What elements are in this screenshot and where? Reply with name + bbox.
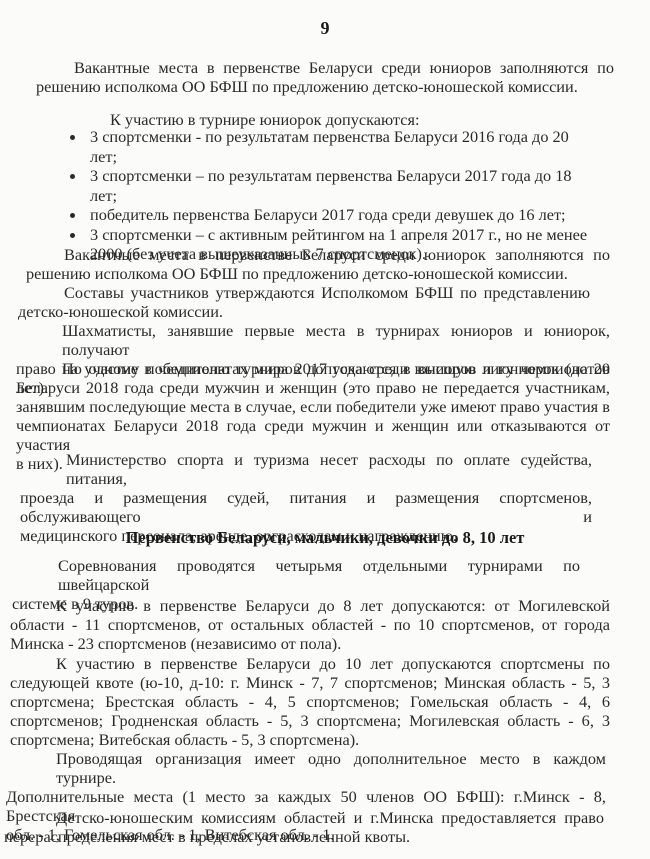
list-item: победитель первенства Беларуси 2017 года… [56, 205, 590, 225]
paragraph-juniors-vacant: Вакантные места в первенстве Беларуси ср… [36, 58, 614, 96]
section-title: Первенство Беларуси, мальчики, девочки д… [0, 528, 650, 548]
list-item: 3 спортсменки - по результатам первенств… [56, 127, 590, 166]
text-line: области - 11 спортсменов, от остальных о… [10, 615, 610, 634]
paragraph-under-10: К участию в первенстве Беларуси до 10 ле… [10, 654, 610, 749]
text-line: Шахматисты, занявшие первые места в турн… [16, 321, 610, 359]
text-line: Проводящая организация имеет одно дополн… [6, 749, 606, 787]
text-line: Соревнования проводятся четырьмя отдельн… [12, 556, 580, 594]
text-line: Детско-юношеским комиссиям областей и г.… [4, 808, 604, 827]
paragraph-under-8: К участию в первенстве Беларуси до 8 лет… [10, 596, 610, 653]
text-line: спортсмена; Брестская область - 4, 5 спо… [10, 692, 610, 711]
text-line: чемпионатах Беларуси 2018 года среди муж… [16, 416, 610, 454]
text-line: спортсмена; Витебская область - 5, 3 спо… [10, 730, 610, 749]
text-line: решению исполкома ОО БФШ по предложению … [36, 77, 614, 96]
text-line: спортсменов; Гродненская область - 5, 3 … [10, 711, 610, 730]
list-item: 3 спортсменки – по результатам первенств… [56, 166, 590, 205]
text-line: решению исполкома ОО БФШ по предложению … [26, 264, 610, 283]
text-line: Вакантные места в первенстве Беларуси ср… [26, 245, 610, 264]
page-number: 9 [0, 18, 650, 39]
document-page: 9 Вакантные места в первенстве Беларуси … [0, 0, 650, 859]
text-line: занявшим последующие места в случае, есл… [16, 397, 610, 416]
paragraph-redistribution: Детско-юношеским комиссиям областей и г.… [4, 808, 604, 846]
text-line: Составы участников утверждаются Исполком… [18, 283, 590, 302]
paragraph-rosters: Составы участников утверждаются Исполком… [18, 283, 590, 321]
text-line: К участию в первенстве Беларуси до 8 лет… [10, 596, 610, 615]
text-line: проезда и размещения судей, питания и ра… [20, 488, 592, 526]
text-line: детско-юношеской комиссии. [18, 302, 590, 321]
text-line: Министерство спорта и туризма несет расх… [20, 450, 592, 488]
text-line: следующей квоте (ю-10, д-10: г. Минск - … [10, 673, 610, 692]
text-line: Минска - 23 спортсменов (независимо от п… [10, 634, 610, 653]
text-line: По одному победителю турниров допускаютс… [16, 359, 610, 378]
text-line: К участию в первенстве Беларуси до 10 ле… [10, 654, 610, 673]
text-line: Беларуси 2018 года среди мужчин и женщин… [16, 378, 610, 397]
text-line: Вакантные места в первенстве Беларуси ср… [36, 58, 614, 77]
junior-girls-criteria-list: 3 спортсменки - по результатам первенств… [56, 127, 590, 264]
paragraph-junior-girls-vacant: Вакантные места в первенстве Беларуси ср… [26, 245, 610, 283]
text-line: перераспределения мест в пределах устано… [4, 827, 604, 846]
